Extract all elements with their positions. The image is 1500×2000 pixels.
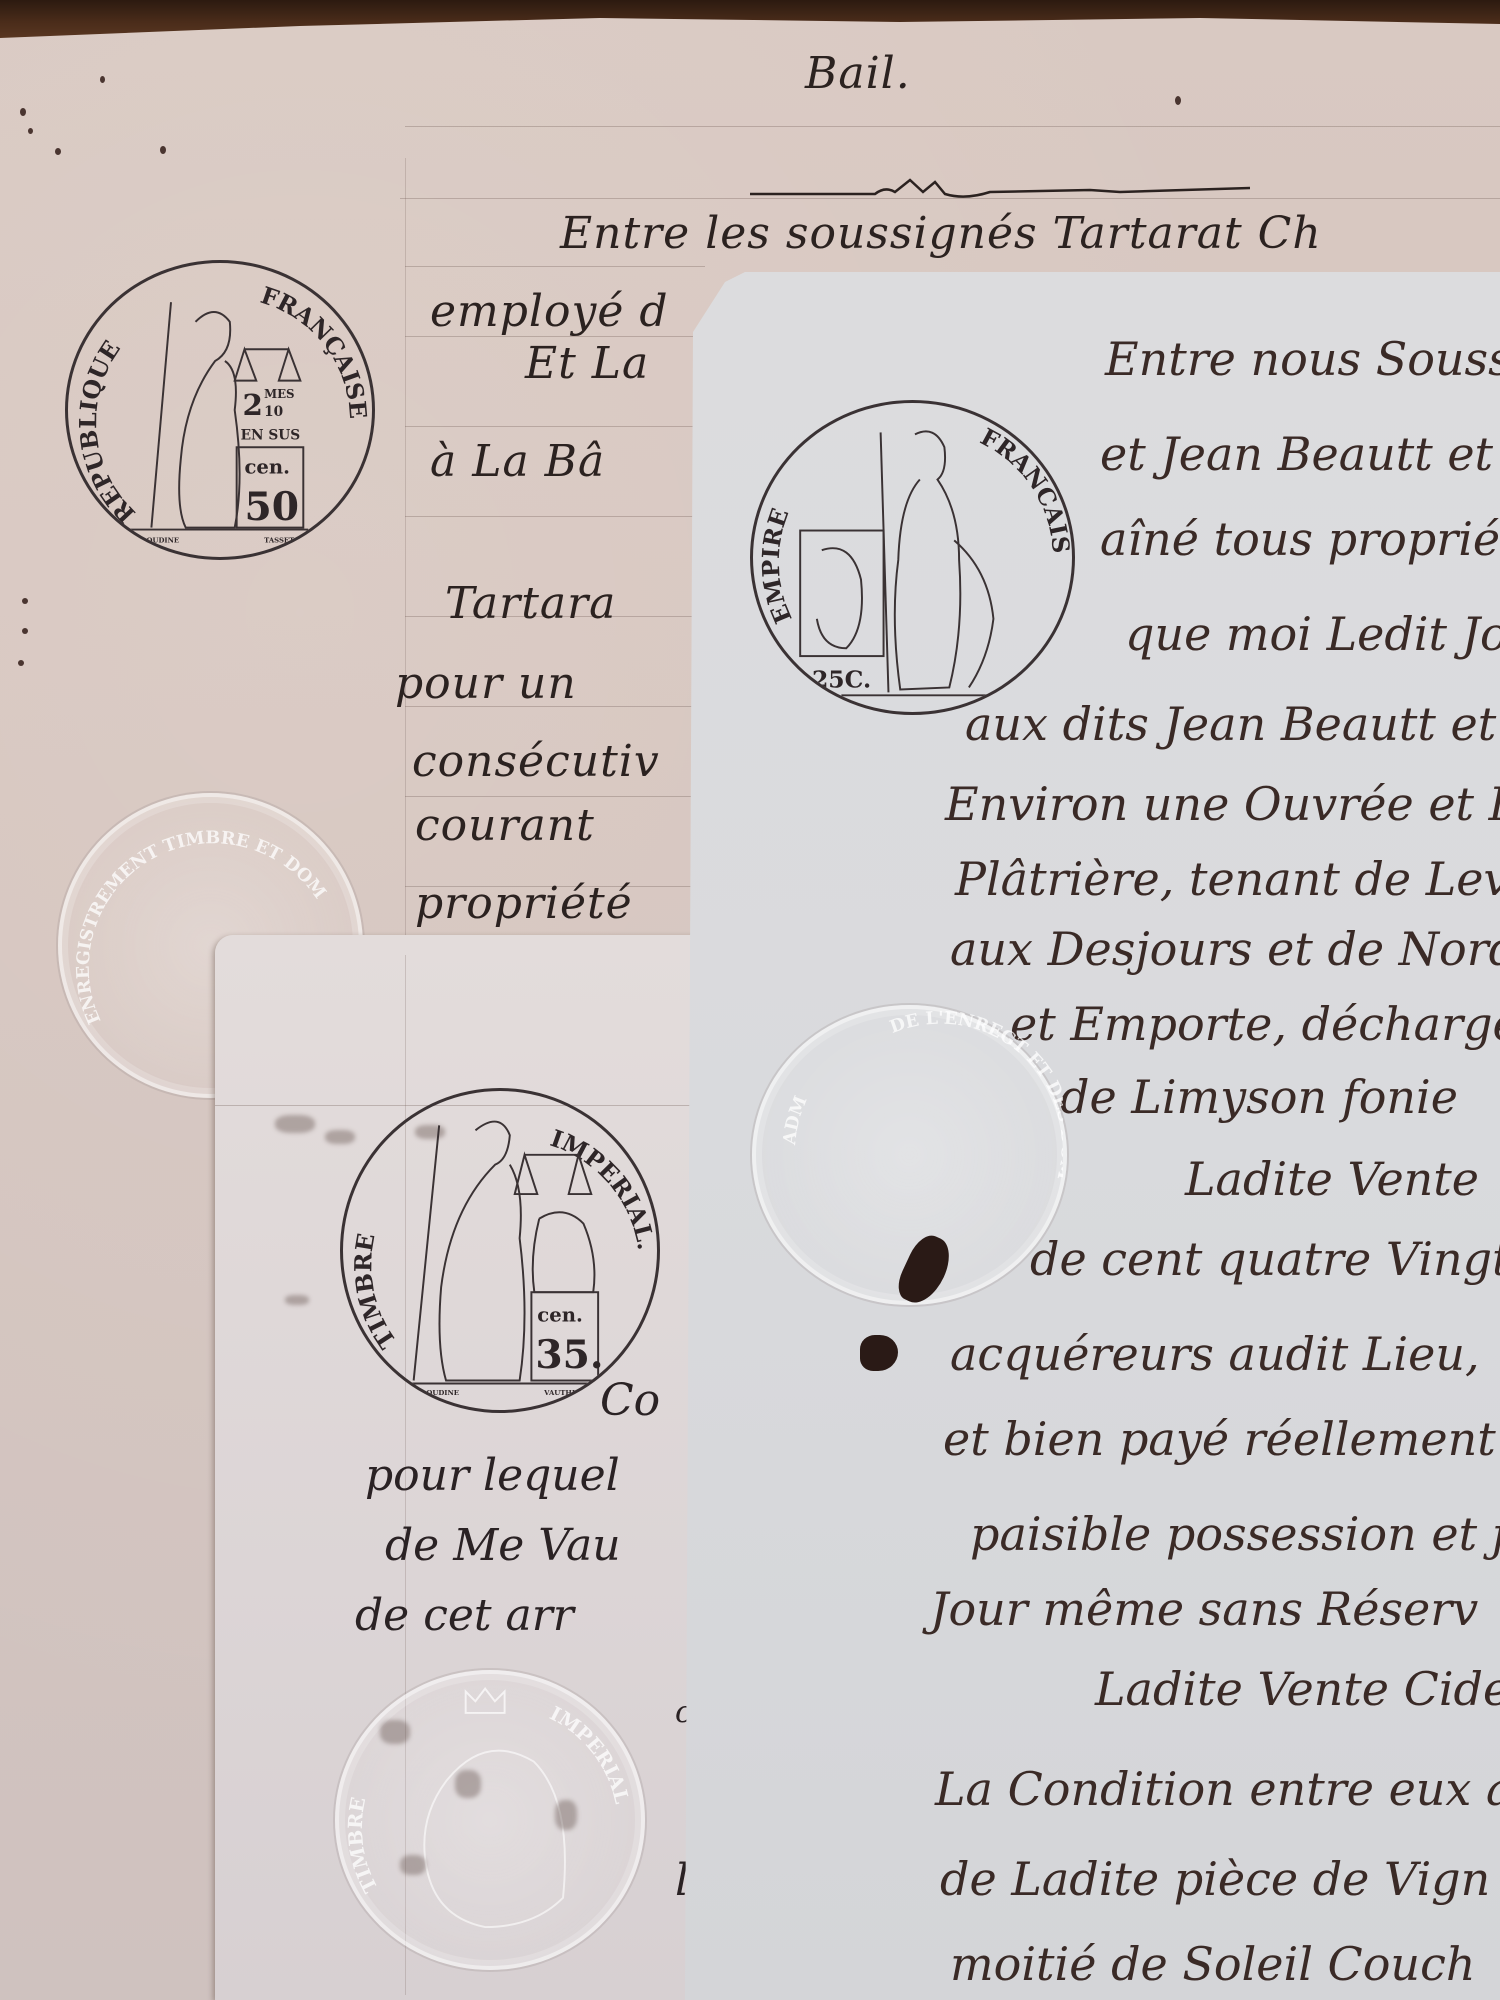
svg-text:MES: MES	[264, 387, 294, 401]
ink-speck	[22, 628, 28, 634]
ink-smudge	[455, 1770, 481, 1798]
text-line: et Jean Beautt et	[1100, 427, 1493, 481]
svg-text:FRANCAIS: FRANCAIS	[976, 423, 1072, 555]
svg-text:25C.: 25C.	[812, 665, 871, 693]
svg-text:cen.: cen.	[245, 456, 290, 479]
text-line: de Me Vau	[385, 1520, 621, 1571]
text-line: Tartara	[445, 578, 616, 629]
text-line: Entre les soussignés Tartarat Ch	[560, 208, 1322, 259]
text-line: pour un	[395, 658, 577, 709]
eagle-icon	[424, 1751, 565, 1927]
svg-text:IMPERIAL: IMPERIAL	[546, 1702, 633, 1807]
crown-icon	[466, 1689, 505, 1713]
stamp-text-left: REPUBLIQUE	[74, 336, 141, 529]
svg-text:35.: 35.	[535, 1332, 603, 1378]
ink-speck	[1175, 96, 1181, 105]
ink-speck	[55, 148, 61, 155]
text-line: de cet arr	[355, 1590, 574, 1641]
svg-text:2: 2	[243, 387, 263, 422]
text-line: pour lequel	[365, 1450, 620, 1501]
text-line: aîné tous propriét	[1100, 512, 1500, 566]
text-line: et bien payé réellement	[943, 1412, 1496, 1466]
republique-francaise-tax-stamp: REPUBLIQUE FRANÇAISE 2 MES 10 EN SUS cen…	[65, 260, 375, 560]
ink-speck	[160, 146, 166, 154]
text-line: La Condition entre eux au	[935, 1762, 1500, 1816]
svg-text:OUDINE: OUDINE	[426, 1389, 459, 1397]
svg-text:50: 50	[245, 484, 300, 530]
empire-francais-tax-stamp: EMPIRE FRANCAIS 25C.	[750, 400, 1075, 715]
svg-text:EMPIRE: EMPIRE	[757, 505, 798, 628]
svg-text:OUDINE: OUDINE	[147, 536, 180, 544]
ruled-line	[405, 796, 705, 797]
text-line: Environ une Ouvrée et De	[945, 777, 1500, 831]
ink-speck	[22, 598, 28, 604]
ruled-line	[405, 266, 705, 267]
text-line: de cent quatre Vingt D	[1030, 1232, 1500, 1286]
ink-speck	[100, 76, 105, 83]
text-line: et Emporte, décharge	[1010, 997, 1500, 1051]
ruled-line	[405, 426, 705, 427]
ink-smudge	[555, 1800, 577, 1830]
text-line: Et La	[525, 338, 649, 389]
ruled-line	[405, 516, 705, 517]
svg-text:10: 10	[264, 404, 283, 420]
svg-text:REPUBLIQUE: REPUBLIQUE	[74, 336, 141, 529]
ink-speck	[20, 108, 26, 116]
ruled-line	[405, 126, 1500, 127]
text-line: consécutiv	[412, 736, 660, 787]
svg-text:cen.: cen.	[537, 1304, 583, 1327]
text-line: paisible possession et jo	[970, 1507, 1500, 1561]
title-flourish	[745, 176, 1265, 206]
text-line: courant	[415, 800, 595, 851]
svg-text:IMPERIAL.: IMPERIAL.	[547, 1124, 657, 1252]
text-line: Ladite Vente Cidessus	[1095, 1662, 1500, 1716]
timbre-imperial-tax-stamp: TIMBRE IMPERIAL. cen. 35. OUDINE VAUTHIE…	[340, 1088, 660, 1413]
text-line: Entre nous Soussi	[1105, 332, 1500, 386]
text-line: que moi Ledit Jo	[1125, 607, 1500, 661]
ink-speck	[28, 128, 33, 134]
text-line: Jour même sans Réserv	[930, 1582, 1478, 1636]
ink-smudge	[275, 1115, 315, 1133]
ink-smudge	[380, 1720, 410, 1744]
text-line: Plâtrière, tenant de Lev	[955, 852, 1500, 906]
text-line: à La Bâ	[430, 436, 605, 487]
svg-text:DE L'ENREGT ET DES DOM: DE L'ENREGT ET DES DOM	[887, 1009, 1063, 1182]
document-title: Bail.	[805, 48, 911, 99]
text-line: aux Desjours et de Nord	[950, 922, 1500, 976]
ink-smudge	[400, 1855, 426, 1875]
svg-text:TASSET: TASSET	[264, 536, 295, 544]
text-line: de Limyson fonie	[1060, 1070, 1458, 1124]
text-line: employé d	[430, 286, 669, 337]
text-line: Ladite Vente	[1185, 1152, 1479, 1206]
ink-smudge	[285, 1295, 309, 1305]
timbre-imperial-embossed-seal: TIMBRE IMPERIAL	[335, 1670, 645, 1970]
svg-text:TIMBRE: TIMBRE	[349, 1231, 402, 1353]
text-line: de Ladite pièce de Vign	[940, 1852, 1490, 1906]
svg-text:ADM: ADM	[780, 1093, 812, 1147]
svg-text:TIMBRE: TIMBRE	[344, 1795, 383, 1896]
ink-speck	[18, 660, 24, 666]
svg-text:EN SUS: EN SUS	[241, 427, 301, 443]
text-line: acquéreurs audit Lieu,	[950, 1327, 1480, 1381]
svg-text:VAUTHIER: VAUTHIER	[543, 1389, 586, 1397]
text-line: moitié de Soleil Couch	[950, 1937, 1475, 1991]
text-line: propriété	[415, 878, 633, 929]
